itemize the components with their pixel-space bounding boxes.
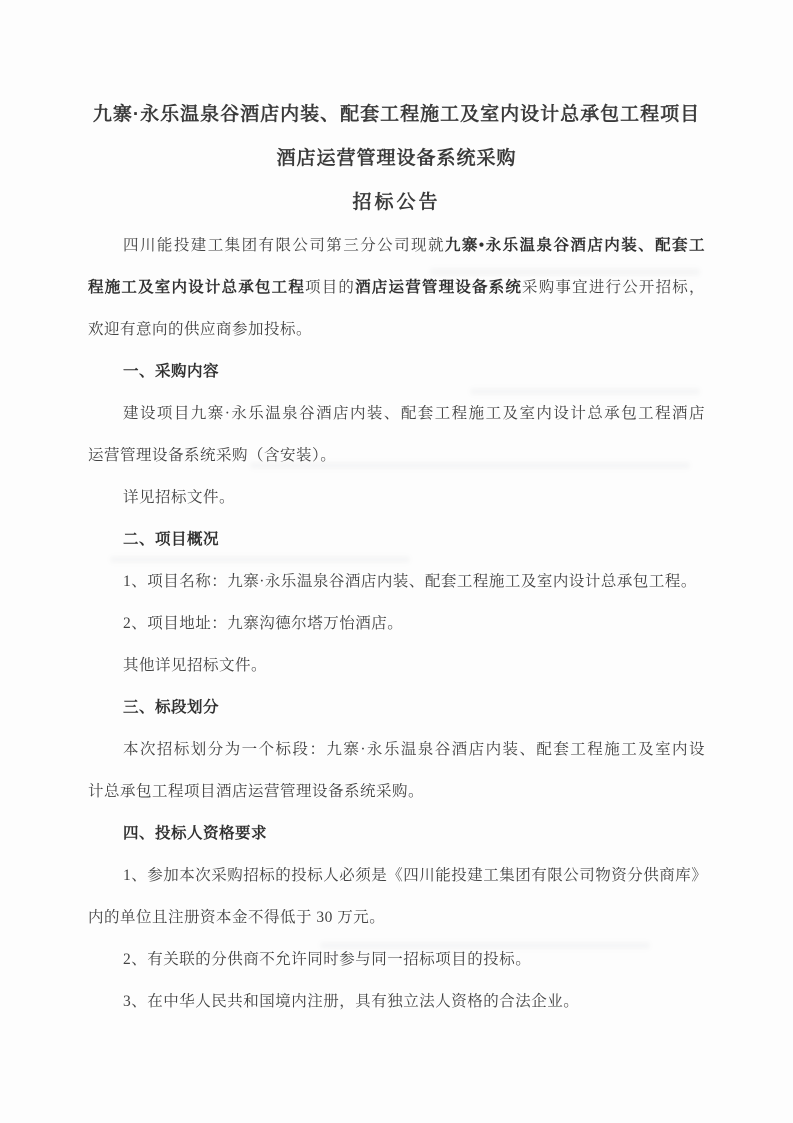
body-line: 其他详见招标文件。	[123, 645, 705, 687]
text-run: 一、采购内容	[123, 363, 219, 380]
text-run: 1、项目名称：九寨·永乐温泉谷酒店内装、配套工程施工及室内设计总承包工程。	[123, 573, 697, 590]
text-run: 详见招标文件。	[123, 489, 235, 506]
body-line: 建设项目九寨·永乐温泉谷酒店内装、配套工程施工及室内设计总承包工程酒店	[123, 393, 705, 435]
text-run: 四、投标人资格要求	[123, 825, 267, 842]
text-run: 三、标段划分	[123, 699, 219, 716]
text-run: 其他详见招标文件。	[123, 657, 267, 674]
section-heading: 四、投标人资格要求	[123, 813, 705, 855]
body-line: 1、项目名称：九寨·永乐温泉谷酒店内装、配套工程施工及室内设计总承包工程。	[123, 561, 705, 603]
text-run: 欢迎有意向的供应商参加投标。	[88, 321, 312, 338]
body-line: 计总承包工程项目酒店运营管理设备系统采购。	[88, 771, 705, 813]
body-line: 运营管理设备系统采购（含安装）。	[88, 435, 705, 477]
body-line: 程施工及室内设计总承包工程项目的酒店运营管理设备系统采购事宜进行公开招标，	[88, 267, 705, 309]
text-run: 运营管理设备系统采购（含安装）。	[88, 447, 336, 464]
text-run: 九寨•永乐温泉谷酒店内装、配套工	[445, 237, 705, 254]
text-run: 1、参加本次采购招标的投标人必须是《四川能投建工集团有限公司物资分供商库》	[123, 867, 707, 884]
text-run: 本次招标划分为一个标段：九寨·永乐温泉谷酒店内装、配套工程施工及室内设	[123, 741, 705, 758]
body-line: 内的单位且注册资本金不得低于 30 万元。	[88, 897, 705, 939]
document-title-line-1: 九寨·永乐温泉谷酒店内装、配套工程施工及室内设计总承包工程项目	[0, 93, 793, 137]
text-run: 项目的	[305, 279, 355, 296]
document-header: 九寨·永乐温泉谷酒店内装、配套工程施工及室内设计总承包工程项目 酒店运营管理设备…	[0, 0, 793, 225]
text-run: 程施工及室内设计总承包工程	[88, 279, 305, 296]
text-run: 酒店运营管理设备系统	[355, 279, 522, 296]
text-run: 四川能投建工集团有限公司第三分公司现就	[123, 237, 445, 254]
body-line: 2、有关联的分供商不允许同时参与同一招标项目的投标。	[123, 939, 705, 981]
text-run: 计总承包工程项目酒店运营管理设备系统采购。	[88, 783, 424, 800]
text-run: 3、在中华人民共和国境内注册，具有独立法人资格的合法企业。	[123, 993, 579, 1010]
body-line: 本次招标划分为一个标段：九寨·永乐温泉谷酒店内装、配套工程施工及室内设	[123, 729, 705, 771]
text-run: 内的单位且注册资本金不得低于 30 万元。	[88, 909, 385, 926]
text-run: 建设项目九寨·永乐温泉谷酒店内装、配套工程施工及室内设计总承包工程酒店	[123, 405, 705, 422]
text-run: 二、项目概况	[123, 531, 219, 548]
text-run: 2、项目地址：九寨沟德尔塔万怡酒店。	[123, 615, 403, 632]
body-line: 详见招标文件。	[123, 477, 705, 519]
text-run: 采购事宜进行公开招标，	[522, 279, 705, 296]
document-subtitle: 招标公告	[0, 181, 793, 225]
body-line: 3、在中华人民共和国境内注册，具有独立法人资格的合法企业。	[123, 981, 705, 1023]
section-heading: 一、采购内容	[123, 351, 705, 393]
body-line: 四川能投建工集团有限公司第三分公司现就九寨•永乐温泉谷酒店内装、配套工	[123, 225, 705, 267]
document-page: 九寨·永乐温泉谷酒店内装、配套工程施工及室内设计总承包工程项目 酒店运营管理设备…	[0, 0, 793, 1123]
section-heading: 二、项目概况	[123, 519, 705, 561]
document-body: 四川能投建工集团有限公司第三分公司现就九寨•永乐温泉谷酒店内装、配套工程施工及室…	[0, 225, 793, 1023]
section-heading: 三、标段划分	[123, 687, 705, 729]
body-line: 欢迎有意向的供应商参加投标。	[88, 309, 705, 351]
document-title-line-2: 酒店运营管理设备系统采购	[0, 137, 793, 181]
body-line: 2、项目地址：九寨沟德尔塔万怡酒店。	[123, 603, 705, 645]
text-run: 2、有关联的分供商不允许同时参与同一招标项目的投标。	[123, 951, 531, 968]
body-line: 1、参加本次采购招标的投标人必须是《四川能投建工集团有限公司物资分供商库》	[123, 855, 705, 897]
